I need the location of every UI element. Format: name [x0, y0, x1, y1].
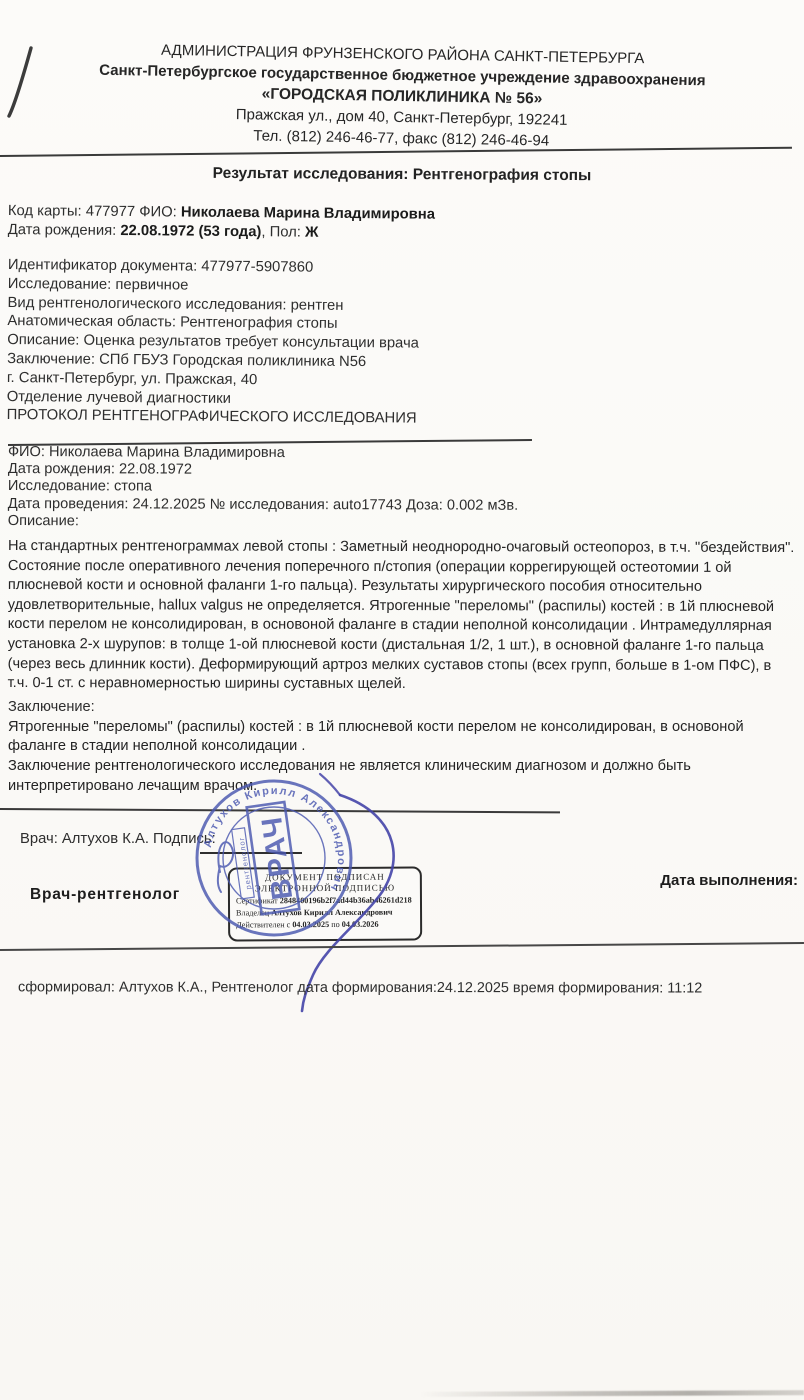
generated-by-line: сформировал: Алтухов К.А., Рентгенолог д…: [18, 979, 798, 996]
scanned-document: АДМИНИСТРАЦИЯ ФРУНЗЕНСКОГО РАЙОНА САНКТ-…: [0, 0, 804, 1400]
signature-ink: [0, 0, 804, 1400]
